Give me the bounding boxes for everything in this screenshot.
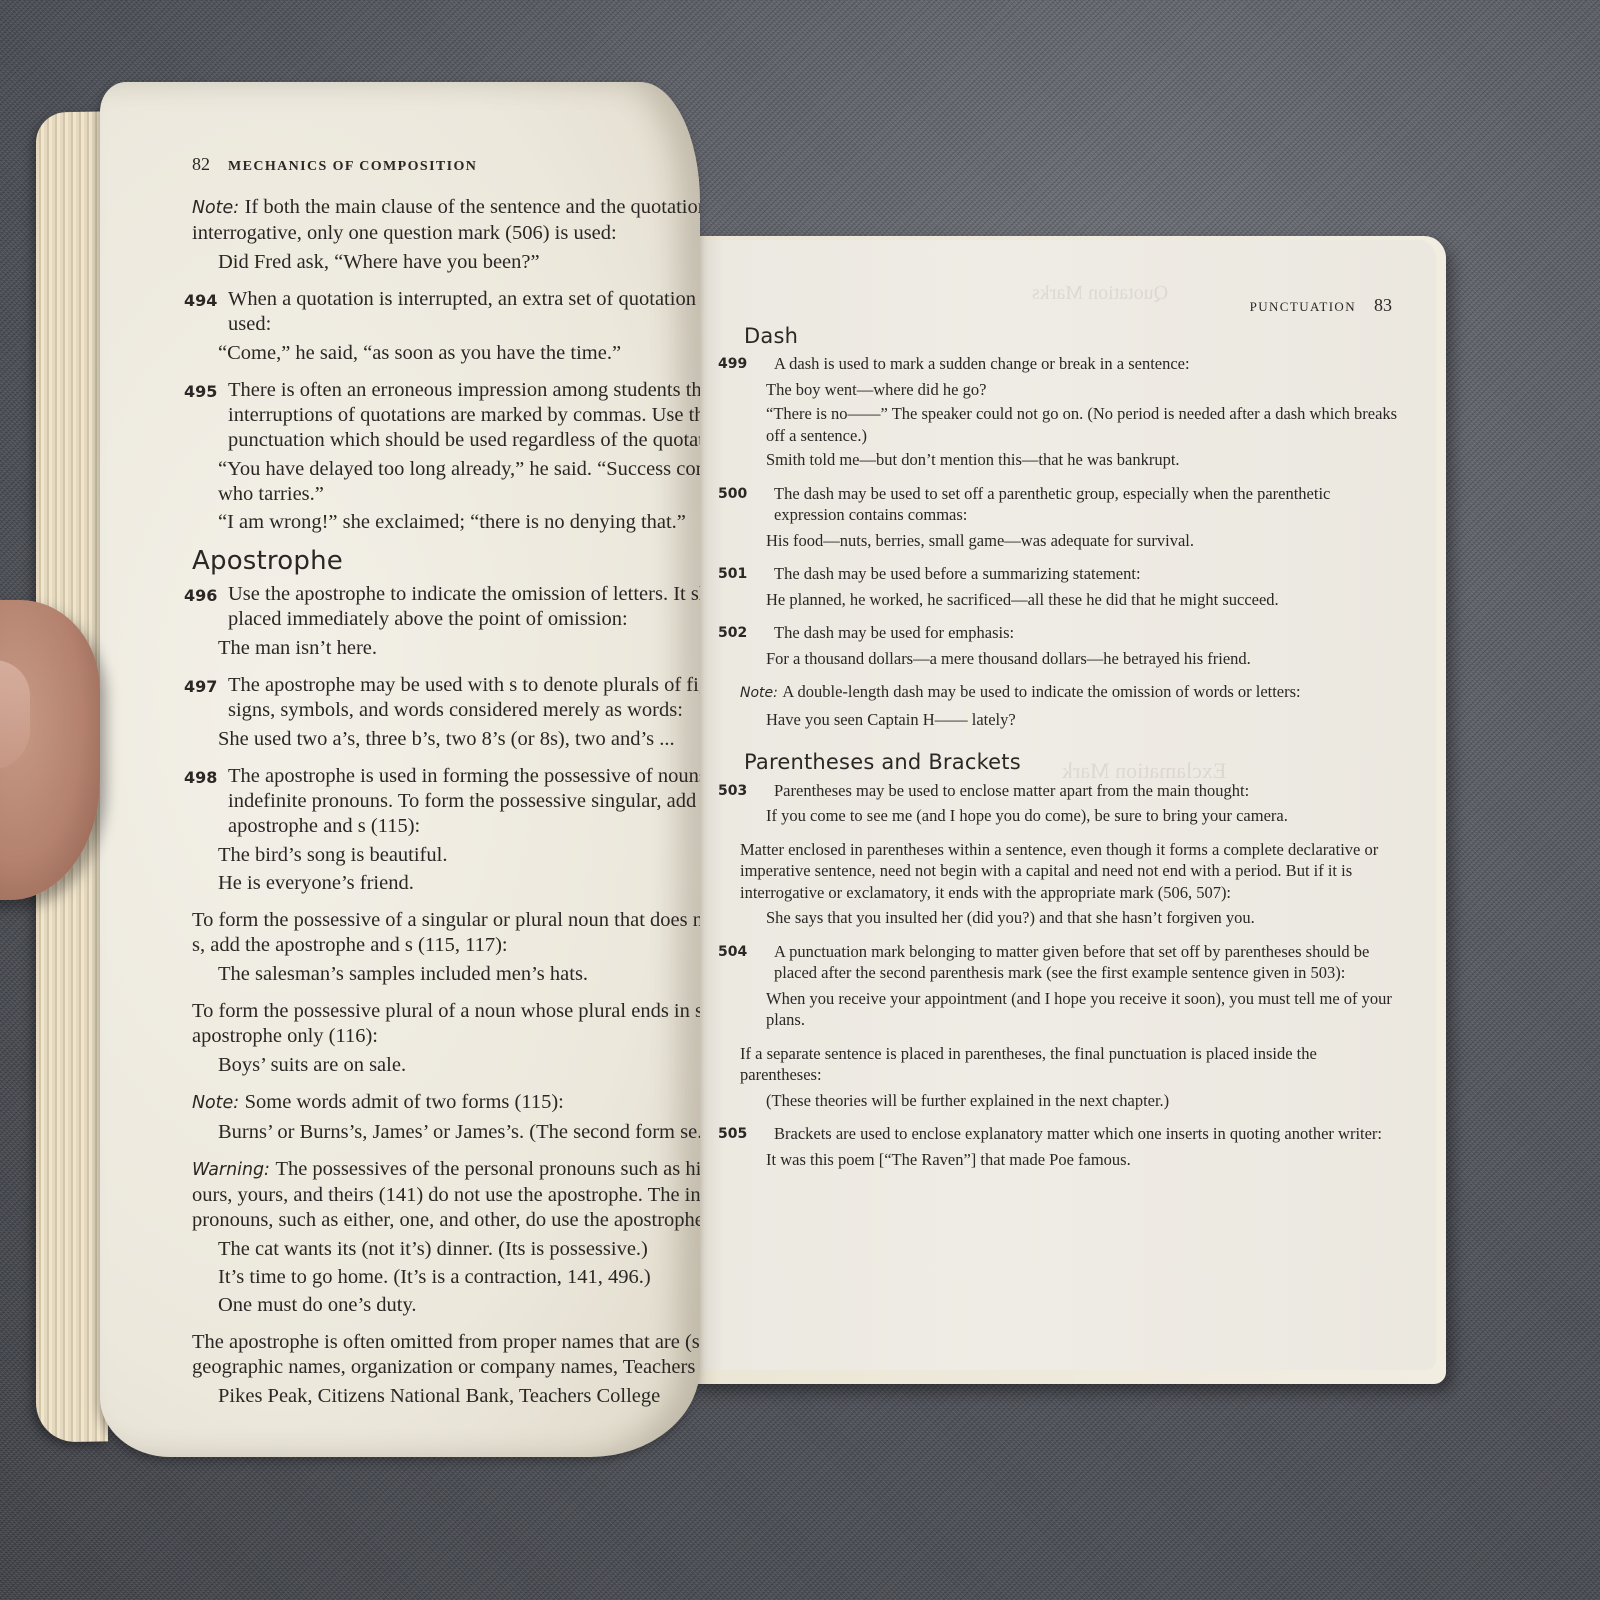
page-83-content: PUNCTUATION 83 Dash499A dash is used to … (740, 295, 1400, 1173)
rule-number: 498 (184, 765, 217, 790)
example-sentence: Smith told me—but don’t mention this—tha… (740, 449, 1400, 471)
example-sentence: The bird’s song is beautiful. (192, 843, 700, 868)
rule-499: 499A dash is used to mark a sudden chang… (740, 353, 1400, 375)
spacer (192, 990, 700, 999)
note-text: If both the main clause of the sentence … (192, 196, 700, 244)
running-head: 82 MECHANICS OF COMPOSITION (192, 152, 700, 179)
spacer (192, 278, 700, 287)
example-sentence: Boys’ suits are on sale. (192, 1053, 700, 1078)
note: Note: A double-length dash may be used t… (740, 681, 1400, 705)
rule-501: 501The dash may be used before a summari… (740, 563, 1400, 585)
example-sentence: “There is no——” The speaker could not go… (740, 403, 1400, 446)
rule-496: 496Use the apostrophe to indicate the om… (192, 582, 700, 632)
spacer (740, 474, 1400, 483)
example-sentence: He is everyone’s friend. (192, 871, 700, 896)
example-sentence: One must do one’s duty. (192, 1293, 700, 1318)
paragraph: To form the possessive of a singular or … (192, 908, 700, 958)
running-head: PUNCTUATION 83 (740, 295, 1400, 318)
spacer (192, 1321, 700, 1330)
example-sentence: For a thousand dollars—a mere thousand d… (740, 648, 1400, 670)
rule-505: 505Brackets are used to enclose explanat… (740, 1123, 1400, 1145)
page-82: 82 MECHANICS OF COMPOSITION Note: If bot… (100, 82, 700, 1457)
section-title-parentheses-and-brackets: Parentheses and Brackets (744, 752, 1400, 774)
example-sentence: “Come,” he said, “as soon as you have th… (192, 341, 700, 366)
example-sentence: The boy went—where did he go? (740, 379, 1400, 401)
book-photo: Quotation Marks Exclamation Mark PUNCTUA… (0, 0, 1600, 1600)
paragraph: The apostrophe is often omitted from pro… (192, 1330, 700, 1380)
example-sentence: The man isn’t here. (192, 636, 700, 661)
example-sentence: Pikes Peak, Citizens National Bank, Teac… (192, 1384, 700, 1409)
paragraph: To form the possessive plural of a noun … (192, 999, 700, 1049)
rule-number: 503 (718, 781, 747, 803)
spacer (192, 1148, 700, 1157)
rule-text: Brackets are used to enclose explanatory… (774, 1124, 1382, 1143)
rule-number: 495 (184, 379, 217, 404)
note-text: Some words admit of two forms (115): (245, 1091, 564, 1113)
right-page-sections: Dash499A dash is used to mark a sudden c… (740, 326, 1400, 1171)
spacer (740, 1114, 1400, 1123)
rule-text: The dash may be used to set off a parent… (774, 484, 1330, 525)
rule-503: 503Parentheses may be used to enclose ma… (740, 780, 1400, 802)
rule-number: 505 (718, 1124, 747, 1146)
rule-text: The dash may be used for emphasis: (774, 623, 1014, 642)
rule-number: 494 (184, 288, 217, 313)
rule-number: 499 (718, 354, 747, 376)
example-sentence: If you come to see me (and I hope you do… (740, 805, 1400, 827)
rule-text: Parentheses may be used to enclose matte… (774, 781, 1249, 800)
rule-text: The apostrophe may be used with s to den… (228, 674, 700, 721)
rule-text: A dash is used to mark a sudden change o… (774, 354, 1190, 373)
running-head-title: MECHANICS OF COMPOSITION (228, 154, 477, 179)
rule-504: 504A punctuation mark belonging to matte… (740, 941, 1400, 984)
note: Note: If both the main clause of the sen… (192, 195, 700, 246)
note-text: A double-length dash may be used to indi… (782, 682, 1300, 701)
spacer (192, 1081, 700, 1090)
example-sentence: “You have delayed too long already,” he … (192, 457, 700, 507)
rule-502: 502The dash may be used for emphasis: (740, 622, 1400, 644)
paragraph: If a separate sentence is placed in pare… (740, 1043, 1400, 1086)
example-sentence: It was this poem [“The Raven”] that made… (740, 1149, 1400, 1171)
spacer (192, 664, 700, 673)
rule-text: When a quotation is interrupted, an extr… (228, 288, 700, 335)
rule-text: There is often an erroneous impression a… (228, 379, 700, 451)
page-83: Quotation Marks Exclamation Mark PUNCTUA… (702, 240, 1436, 1370)
rule-497: 497The apostrophe may be used with s to … (192, 673, 700, 723)
section-body: 503Parentheses may be used to enclose ma… (740, 780, 1400, 1171)
spacer (192, 899, 700, 908)
example-sentence: Have you seen Captain H—— lately? (740, 709, 1400, 731)
section-body: 499A dash is used to mark a sudden chang… (740, 353, 1400, 730)
rule-494: 494When a quotation is interrupted, an e… (192, 287, 700, 337)
section-title-dash: Dash (744, 326, 1400, 348)
note-label: Warning: (192, 1160, 275, 1180)
rule-text: The apostrophe is used in forming the po… (228, 765, 700, 837)
example-sentence: She used two a’s, three b’s, two 8’s (or… (192, 727, 700, 752)
running-head-title: PUNCTUATION (1250, 296, 1356, 318)
rule-495: 495There is often an erroneous impressio… (192, 378, 700, 453)
rule-number: 501 (718, 564, 747, 586)
example-sentence: It’s time to go home. (It’s is a contrac… (192, 1265, 700, 1290)
example-sentence: She says that you insulted her (did you?… (740, 907, 1400, 929)
spacer (740, 672, 1400, 681)
spacer (740, 830, 1400, 839)
spacer (192, 755, 700, 764)
spacer (740, 554, 1400, 563)
example-sentence: “I am wrong!” she exclaimed; “there is n… (192, 510, 700, 535)
rule-number: 497 (184, 674, 217, 699)
rule-number: 496 (184, 583, 217, 608)
note-label: Note: (192, 1093, 245, 1113)
apostrophe-blocks: 496Use the apostrophe to indicate the om… (192, 582, 700, 1409)
rule-500: 500The dash may be used to set off a par… (740, 483, 1400, 526)
example-sentence: His food—nuts, berries, small game—was a… (740, 530, 1400, 552)
page-82-content: 82 MECHANICS OF COMPOSITION Note: If bot… (192, 152, 700, 1412)
spacer (740, 613, 1400, 622)
page-number: 83 (1374, 295, 1392, 317)
example-sentence: The salesman’s samples included men’s ha… (192, 962, 700, 987)
rule-text: Use the apostrophe to indicate the omiss… (228, 583, 700, 630)
rule-number: 504 (718, 942, 747, 964)
section-title-apostrophe: Apostrophe (192, 549, 700, 574)
spacer (740, 1034, 1400, 1043)
note: Note: Some words admit of two forms (115… (192, 1090, 700, 1116)
page-number: 82 (192, 152, 210, 177)
quotation-continued-blocks: Note: If both the main clause of the sen… (192, 195, 700, 535)
rule-number: 500 (718, 484, 747, 506)
rule-number: 502 (718, 623, 747, 645)
example-sentence: Did Fred ask, “Where have you been?” (192, 250, 700, 275)
example-sentence: Burns’ or Burns’s, James’ or James’s. (T… (192, 1120, 700, 1145)
spacer (740, 932, 1400, 941)
example-sentence: The cat wants its (not it’s) dinner. (It… (192, 1237, 700, 1262)
rule-text: The dash may be used before a summarizin… (774, 564, 1141, 583)
note: Warning: The possessives of the personal… (192, 1157, 700, 1233)
rule-498: 498The apostrophe is used in forming the… (192, 764, 700, 839)
paragraph: Matter enclosed in parentheses within a … (740, 839, 1400, 904)
spacer (192, 369, 700, 378)
rule-text: A punctuation mark belonging to matter g… (774, 942, 1369, 983)
example-sentence: He planned, he worked, he sacrificed—all… (740, 589, 1400, 611)
thumbnail (0, 660, 30, 770)
note-label: Note: (740, 685, 782, 701)
example-sentence: When you receive your appointment (and I… (740, 988, 1400, 1031)
note-label: Note: (192, 198, 245, 218)
example-sentence: (These theories will be further explaine… (740, 1090, 1400, 1112)
